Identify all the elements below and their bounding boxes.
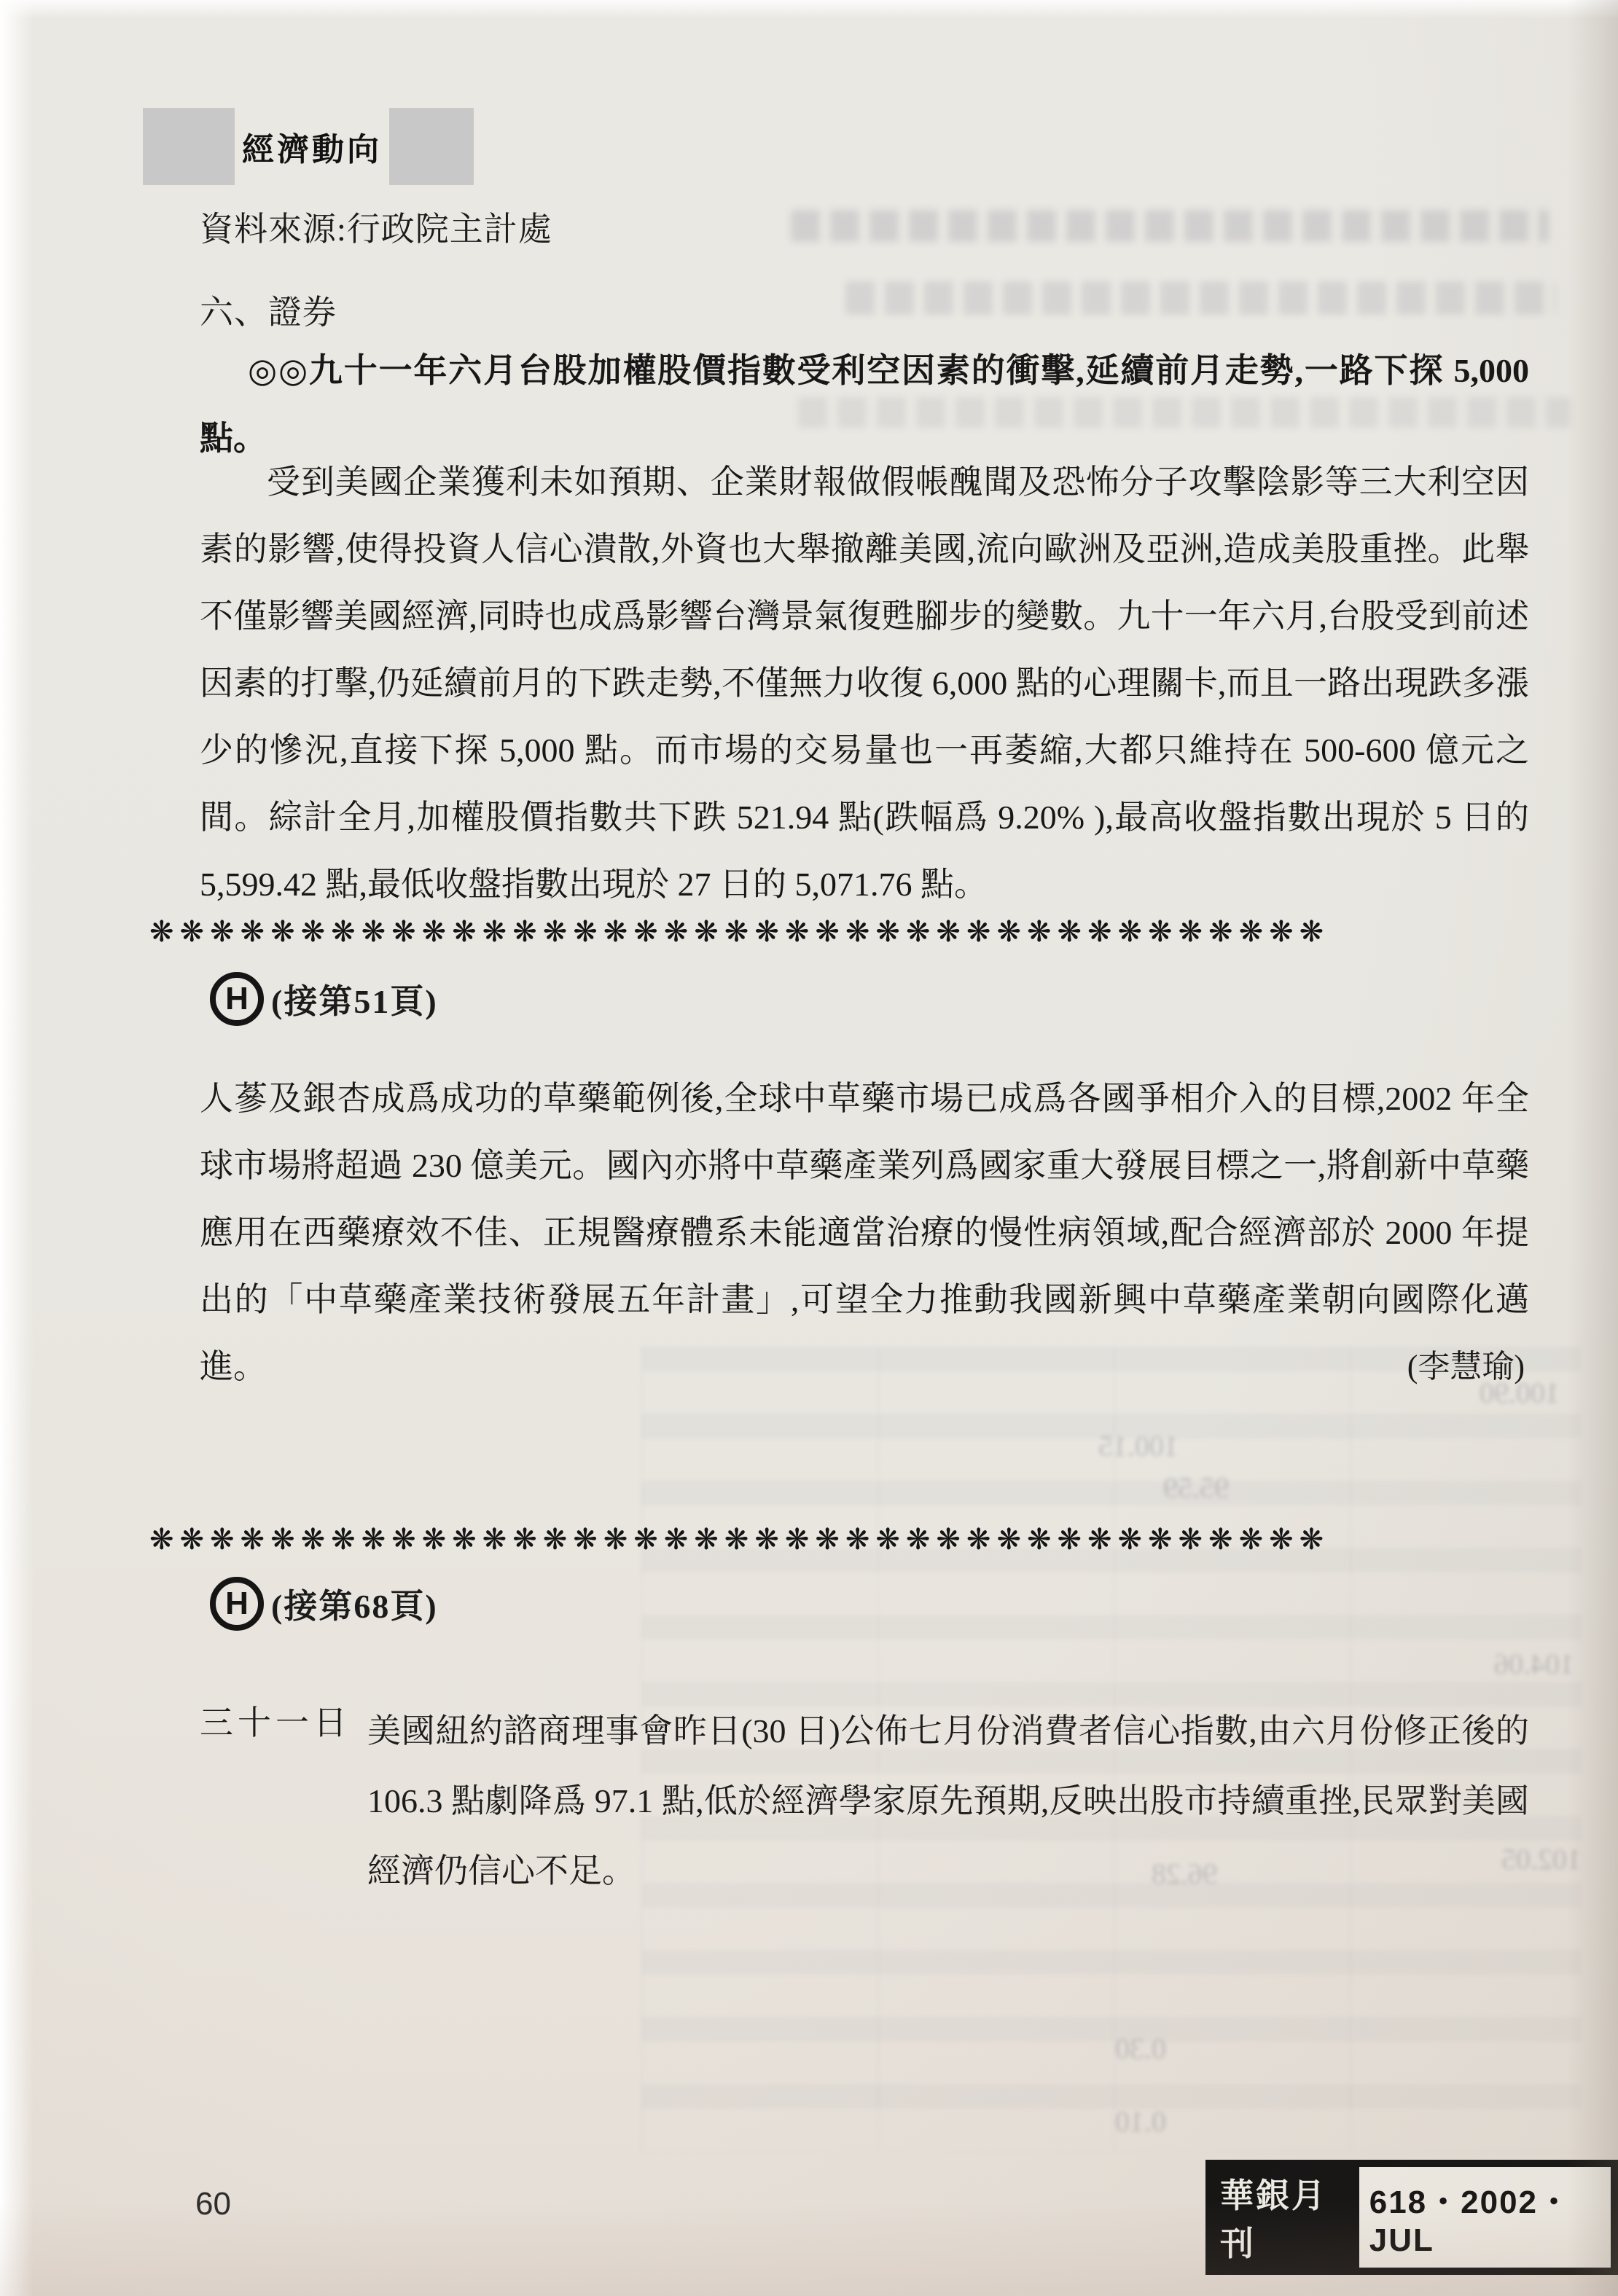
- scan-vignette: [0, 0, 1618, 2296]
- scan-edge-left: [0, 0, 34, 2296]
- scan-edge-top: [0, 0, 1618, 19]
- scan-edge-right: [1567, 0, 1618, 2296]
- scan-edge-bottom: [0, 2201, 1618, 2296]
- scanned-magazine-page: 100.90 100.15 95.59 104.06 102.05 96.28 …: [0, 0, 1618, 2296]
